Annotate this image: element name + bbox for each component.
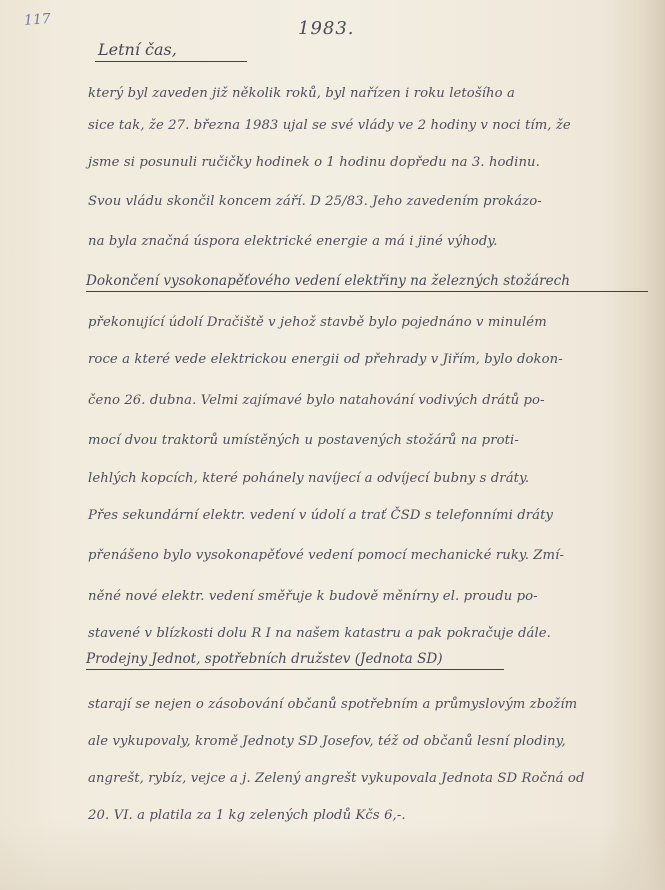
- text-line: čeno 26. dubna. Velmi zajímavé bylo nata…: [88, 393, 545, 408]
- text-line: lehlých kopcích, které pohánely navíjecí…: [88, 471, 529, 486]
- page-number: 117: [23, 11, 51, 29]
- text-line: Svou vládu skončil koncem září. D 25/83.…: [88, 194, 542, 209]
- year-heading: 1983.: [298, 18, 355, 39]
- text-line: přenášeno bylo vysokonapěťové vedení pom…: [88, 548, 564, 563]
- section-heading-cooperative-shops: Prodejny Jednot, spotřebních družstev (J…: [86, 651, 504, 670]
- text-line: který byl zaveden již několik roků, byl …: [88, 86, 515, 101]
- text-line: 20. VI. a platila za 1 kg zelených plodů…: [88, 808, 406, 823]
- text-line: na byla značná úspora elektrické energie…: [88, 234, 498, 249]
- section-heading-power-line: Dokončení vysokonapěťového vedení elektř…: [86, 273, 648, 292]
- text-line: starají se nejen o zásobování občanů spo…: [88, 697, 577, 712]
- text-line: angrešt, rybíz, vejce a j. Zelený angreš…: [88, 771, 585, 786]
- text-line: jsme si posunuli ručičky hodinek o 1 hod…: [88, 155, 540, 170]
- text-line: něné nové elektr. vedení směřuje k budov…: [88, 589, 538, 604]
- text-line: sice tak, že 27. března 1983 ujal se své…: [88, 118, 571, 133]
- text-line: roce a které vede elektrickou energii od…: [88, 352, 563, 367]
- section-title-summer-time: Letní čas,: [95, 40, 247, 62]
- text-line: stavené v blízkosti dolu R I na našem ka…: [88, 626, 551, 641]
- text-line: ale vykupovaly, kromě Jednoty SD Josefov…: [88, 734, 566, 749]
- handwritten-chronicle-page: 117 1983. Letní čas, který byl zaveden j…: [0, 0, 665, 890]
- text-line: překonující údolí Dračiště v jehož stavb…: [88, 315, 547, 330]
- text-line: mocí dvou traktorů umístěných u postaven…: [88, 433, 519, 448]
- text-line: Přes sekundární elektr. vedení v údolí a…: [88, 508, 553, 523]
